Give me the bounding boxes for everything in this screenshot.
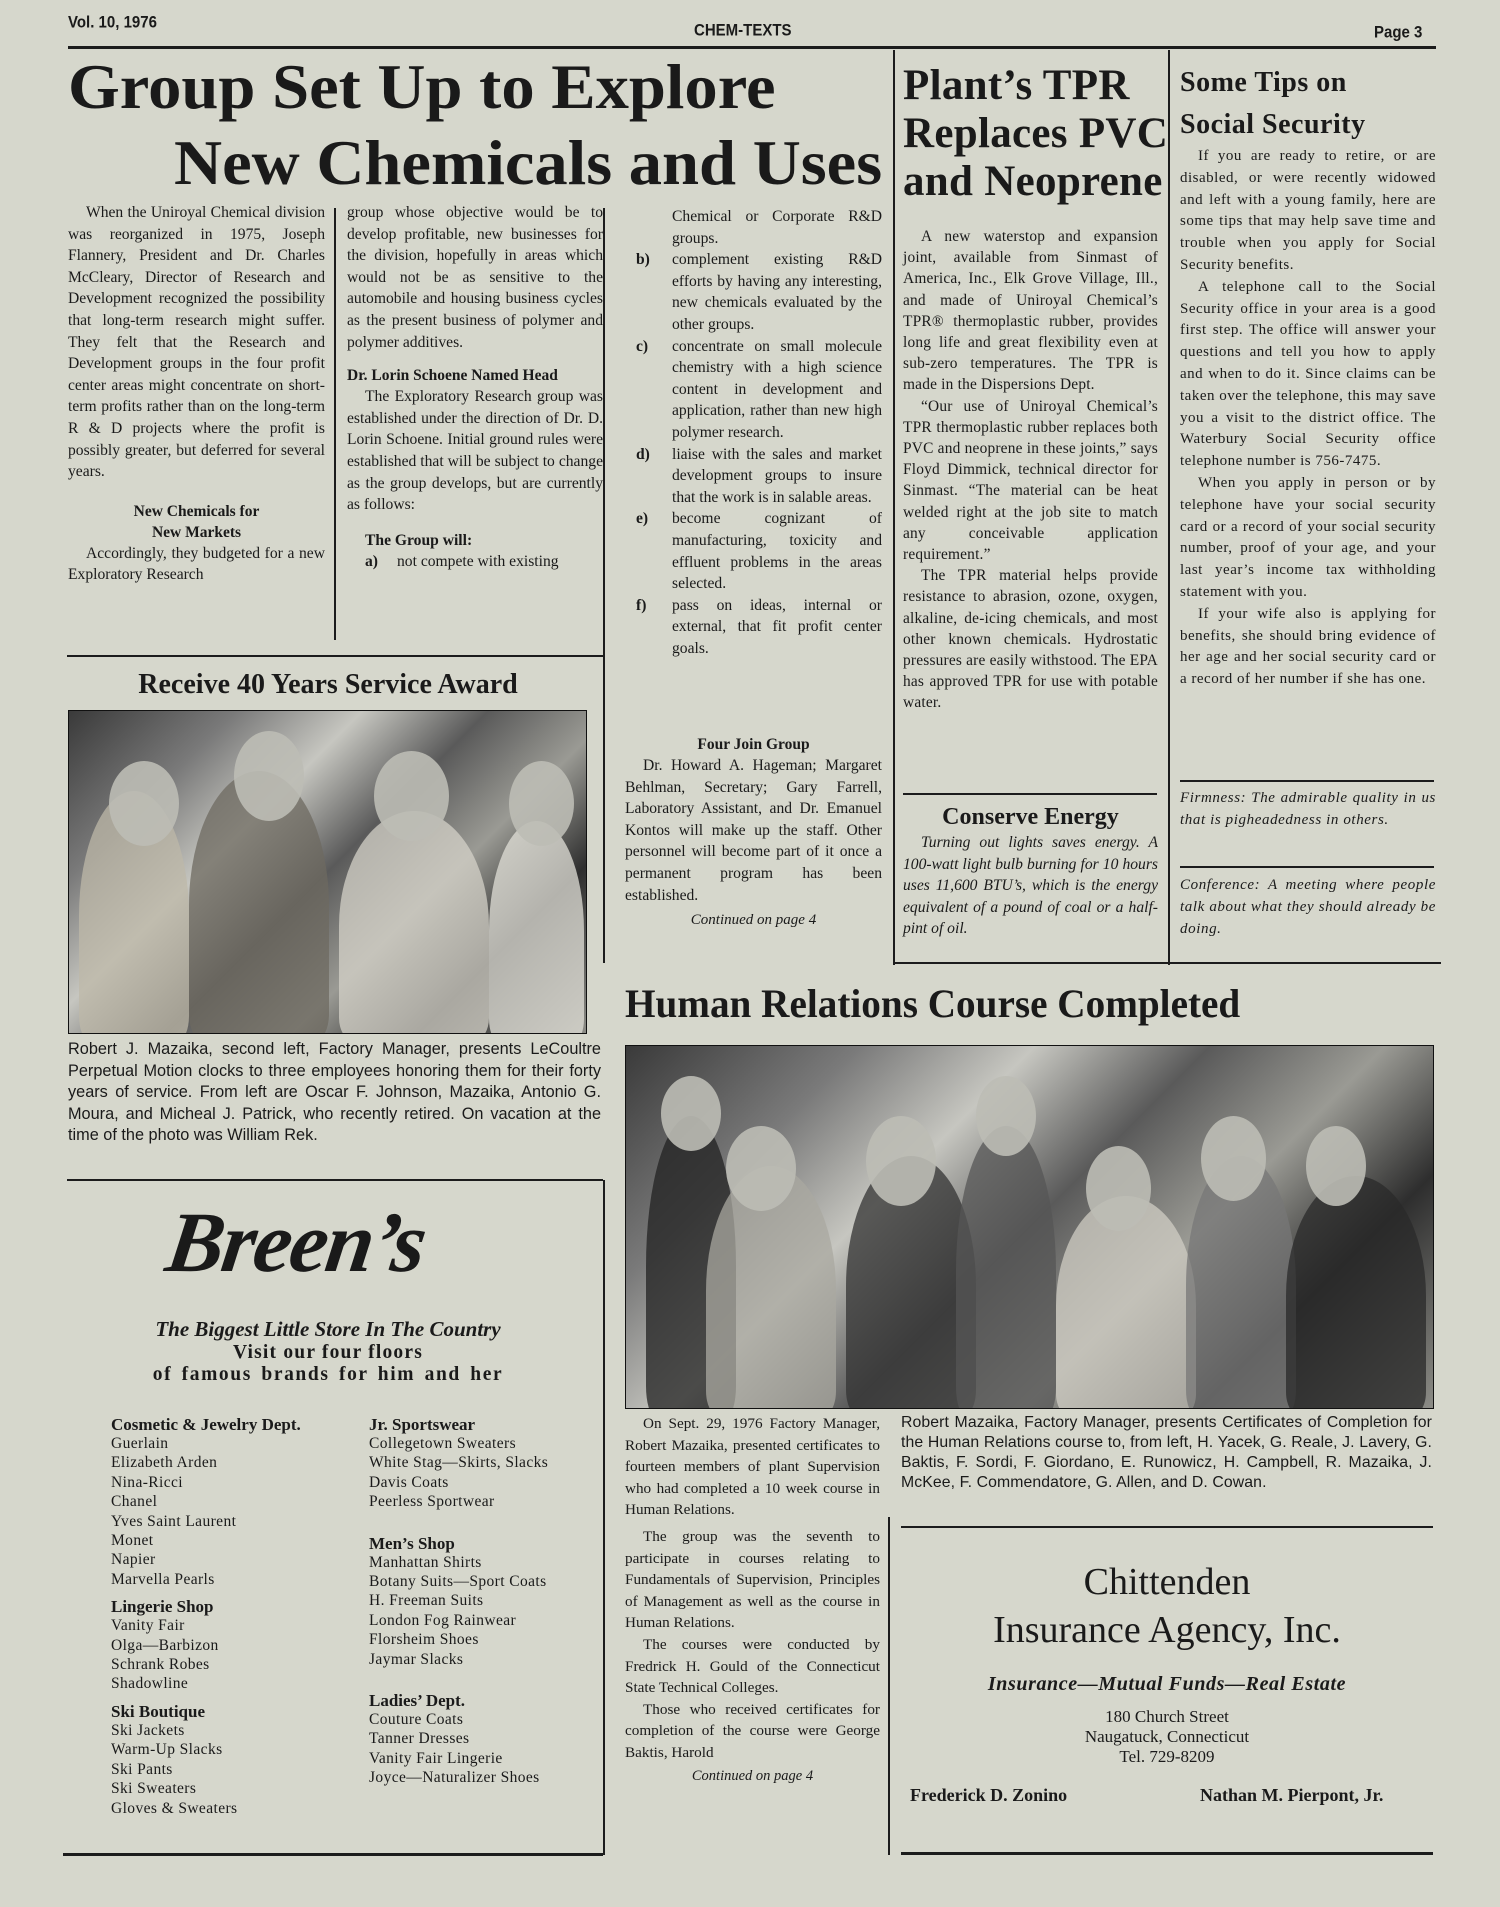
tpr-para1: A new waterstop and expansion joint, ava… <box>903 226 1158 396</box>
award-photo <box>68 710 587 1034</box>
brand-item: Nina-Ricci <box>111 1473 301 1492</box>
list-text: not compete with existing <box>397 551 603 573</box>
breens-left-list: Cosmetic & Jewelry Dept. Guerlain Elizab… <box>111 1415 301 1818</box>
volume-label: Vol. 10, 1976 <box>68 13 157 32</box>
quip-firmness: Firmness: The admirable quality in us th… <box>1180 788 1436 832</box>
dept-cosmetic: Cosmetic & Jewelry Dept. <box>111 1415 301 1434</box>
list-item-b: b) complement existing R&D efforts by ha… <box>634 249 882 335</box>
agent-zonino: Frederick D. Zonino <box>910 1785 1067 1806</box>
list-label: c) <box>634 336 672 444</box>
list-label: e) <box>634 508 672 594</box>
section-rule <box>1180 866 1434 868</box>
brand-item: Vanity Fair <box>111 1616 301 1635</box>
ss-para1: If you are ready to retire, or are disab… <box>1180 146 1436 277</box>
publication-name: CHEM-TEXTS <box>694 21 792 40</box>
ss-headline: Some Tips on Social Security <box>1180 62 1366 146</box>
brand-item: Olga—Barbizon <box>111 1636 301 1655</box>
brand-item: Botany Suits—Sport Coats <box>369 1572 548 1591</box>
brand-item: Ski Sweaters <box>111 1779 301 1798</box>
lead-headline-line2: New Chemicals and Uses <box>174 126 882 200</box>
list-text: concentrate on small molecule chemistry … <box>672 336 882 444</box>
section-rule <box>1180 780 1434 782</box>
lead-headline-line1: Group Set Up to Explore <box>68 50 776 124</box>
hr-caption: Robert Mazaika, Factory Manager, present… <box>901 1413 1432 1493</box>
brand-item: Napier <box>111 1550 301 1569</box>
ss-para2: A telephone call to the Social Security … <box>1180 277 1436 473</box>
subhead-schoene: Dr. Lorin Schoene Named Head <box>347 365 603 386</box>
list-item-f: f) pass on ideas, internal or external, … <box>634 595 882 660</box>
tpr-para3: The TPR material helps provide resistanc… <box>903 565 1158 713</box>
list-label: b) <box>634 249 672 335</box>
headline-line: Some Tips on <box>1180 62 1366 104</box>
ss-body: If you are ready to retire, or are disab… <box>1180 146 1436 691</box>
address-line: 180 Church Street <box>901 1707 1433 1727</box>
chittenden-name-line2: Insurance Agency, Inc. <box>901 1608 1433 1652</box>
lead-col3: Chemical or Corporate R&D groups. b) com… <box>634 206 882 659</box>
tpr-para2: “Our use of Uniroyal Chemical’s TPR ther… <box>903 396 1158 566</box>
hr-para1: On Sept. 29, 1976 Factory Manager, Rober… <box>625 1413 880 1521</box>
list-item-d: d) liaise with the sales and market deve… <box>634 444 882 509</box>
quip-conference: Conference: A meeting where people talk … <box>1180 875 1436 940</box>
brand-item: Davis Coats <box>369 1473 548 1492</box>
list-item-a-cont: Chemical or Corporate R&D groups. <box>634 206 882 249</box>
brand-item: Manhattan Shirts <box>369 1553 548 1572</box>
lead-col1-para2: Accordingly, they budgeted for a new Exp… <box>68 543 325 586</box>
section-rule <box>893 962 1441 964</box>
section-rule <box>901 1526 1433 1528</box>
brand-item: London Fog Rainwear <box>369 1611 548 1630</box>
ss-para3: When you apply in person or by telephone… <box>1180 473 1436 604</box>
brand-item: H. Freeman Suits <box>369 1591 548 1610</box>
brand-item: Elizabeth Arden <box>111 1453 301 1472</box>
chittenden-services: Insurance—Mutual Funds—Real Estate <box>901 1671 1433 1697</box>
list-heading: The Group will: <box>347 530 603 552</box>
brand-item: Guerlain <box>111 1434 301 1453</box>
subhead-new-chemicals: New Chemicals for New Markets <box>68 501 325 543</box>
energy-text: Turning out lights saves energy. A 100-w… <box>903 832 1158 940</box>
hr-para4: Those who received certificates for comp… <box>625 1699 880 1764</box>
brand-item: Jaymar Slacks <box>369 1650 548 1669</box>
continued-link[interactable]: Continued on page 4 <box>625 910 882 932</box>
agent-pierpont: Nathan M. Pierpont, Jr. <box>1200 1785 1383 1806</box>
lead-col2: group whose objective would be to develo… <box>347 202 603 573</box>
breens-line3: of famous brands for him and her <box>68 1364 588 1385</box>
section-rule <box>901 1852 1433 1855</box>
list-label <box>634 206 672 249</box>
list-item-a: a) not compete with existing <box>347 551 603 573</box>
chittenden-name-line1: Chittenden <box>901 1560 1433 1604</box>
brand-item: Couture Coats <box>369 1710 548 1729</box>
brand-item: Vanity Fair Lingerie <box>369 1749 548 1768</box>
headline-line: Plant’s TPR <box>903 62 1168 110</box>
subhead-four-join: Four Join Group <box>625 734 882 755</box>
lead-col2-para2: The Exploratory Research group was estab… <box>347 386 603 516</box>
list-text: pass on ideas, internal or external, tha… <box>672 595 882 660</box>
brand-item: Ski Pants <box>111 1760 301 1779</box>
energy-headline: Conserve Energy <box>903 802 1158 832</box>
list-item-e: e) become cognizant of manufacturing, to… <box>634 508 882 594</box>
continued-link[interactable]: Continued on page 4 <box>625 1766 880 1788</box>
column-rule <box>334 208 336 640</box>
breens-right-list: Jr. Sportswear Collegetown Sweaters Whit… <box>369 1415 548 1788</box>
breens-logo: Breen’s <box>139 1192 453 1292</box>
lead-col3-para: Dr. Howard A. Hageman; Margaret Behlman,… <box>625 755 882 906</box>
brand-item: Chanel <box>111 1492 301 1511</box>
page-number: Page 3 <box>1374 23 1422 42</box>
lead-col3-lower: Four Join Group Dr. Howard A. Hageman; M… <box>625 734 882 932</box>
section-rule <box>67 1179 603 1181</box>
brand-item: White Stag—Skirts, Slacks <box>369 1453 548 1472</box>
list-text: become cognizant of manufacturing, toxic… <box>672 508 882 594</box>
breens-tagline: The Biggest Little Store In The Country <box>68 1316 588 1342</box>
list-text: liaise with the sales and market develop… <box>672 444 882 509</box>
award-caption: Robert J. Mazaika, second left, Factory … <box>68 1039 601 1147</box>
masthead-rule <box>68 46 1436 49</box>
headline-line: Social Security <box>1180 104 1366 146</box>
dept-jr-sportswear: Jr. Sportswear <box>369 1415 548 1434</box>
brand-item: Ski Jackets <box>111 1721 301 1740</box>
brand-item: Tanner Dresses <box>369 1729 548 1748</box>
hr-body: On Sept. 29, 1976 Factory Manager, Rober… <box>625 1413 880 1787</box>
award-headline: Receive 40 Years Service Award <box>68 668 588 702</box>
list-label: d) <box>634 444 672 509</box>
brand-item: Marvella Pearls <box>111 1570 301 1589</box>
address-line: Naugatuck, Connecticut <box>901 1727 1433 1747</box>
brand-item: Collegetown Sweaters <box>369 1434 548 1453</box>
dept-lingerie: Lingerie Shop <box>111 1597 301 1616</box>
lead-col1: When the Uniroyal Chemical division was … <box>68 202 325 586</box>
dept-ski: Ski Boutique <box>111 1702 301 1721</box>
section-rule <box>63 1853 603 1856</box>
section-rule <box>67 655 603 657</box>
brand-item: Shadowline <box>111 1674 301 1693</box>
brand-item: Yves Saint Laurent <box>111 1512 301 1531</box>
headline-line: Replaces PVC <box>903 110 1168 158</box>
brand-item: Peerless Sportwear <box>369 1492 548 1511</box>
column-rule <box>603 208 605 963</box>
list-label: a) <box>347 551 397 573</box>
section-rule <box>903 793 1157 795</box>
hr-headline: Human Relations Course Completed <box>625 980 1240 1028</box>
brand-item: Gloves & Sweaters <box>111 1799 301 1818</box>
hr-para2: The group was the seventh to participate… <box>625 1526 880 1634</box>
column-rule <box>893 50 895 965</box>
energy-para: Turning out lights saves energy. A 100-w… <box>903 832 1158 940</box>
column-rule <box>1168 50 1170 965</box>
column-rule <box>888 1517 890 1855</box>
hr-para3: The courses were conducted by Fredrick H… <box>625 1634 880 1699</box>
ss-para4: If your wife also is applying for benefi… <box>1180 604 1436 691</box>
hr-group-photo <box>625 1045 1434 1409</box>
list-item-c: c) concentrate on small molecule chemist… <box>634 336 882 444</box>
lead-col1-para1: When the Uniroyal Chemical division was … <box>68 202 325 483</box>
brand-item: Warm-Up Slacks <box>111 1740 301 1759</box>
tpr-body: A new waterstop and expansion joint, ava… <box>903 226 1158 714</box>
list-label: f) <box>634 595 672 660</box>
breens-line2: Visit our four floors <box>68 1342 588 1363</box>
brand-item: Monet <box>111 1531 301 1550</box>
dept-mens-shop: Men’s Shop <box>369 1534 548 1553</box>
list-text: Chemical or Corporate R&D groups. <box>672 206 882 249</box>
brand-item: Florsheim Shoes <box>369 1630 548 1649</box>
chittenden-address: 180 Church Street Naugatuck, Connecticut… <box>901 1707 1433 1767</box>
lead-col2-para1: group whose objective would be to develo… <box>347 202 603 353</box>
dept-ladies: Ladies’ Dept. <box>369 1691 548 1710</box>
phone-number: Tel. 729-8209 <box>901 1747 1433 1767</box>
tpr-headline: Plant’s TPR Replaces PVC and Neoprene <box>903 62 1168 206</box>
list-text: complement existing R&D efforts by havin… <box>672 249 882 335</box>
subhead-line: New Chemicals for <box>68 501 325 522</box>
brand-item: Joyce—Naturalizer Shoes <box>369 1768 548 1787</box>
brand-item: Schrank Robes <box>111 1655 301 1674</box>
headline-line: and Neoprene <box>903 158 1168 206</box>
subhead-line: New Markets <box>68 522 325 543</box>
column-rule <box>603 1180 605 1855</box>
